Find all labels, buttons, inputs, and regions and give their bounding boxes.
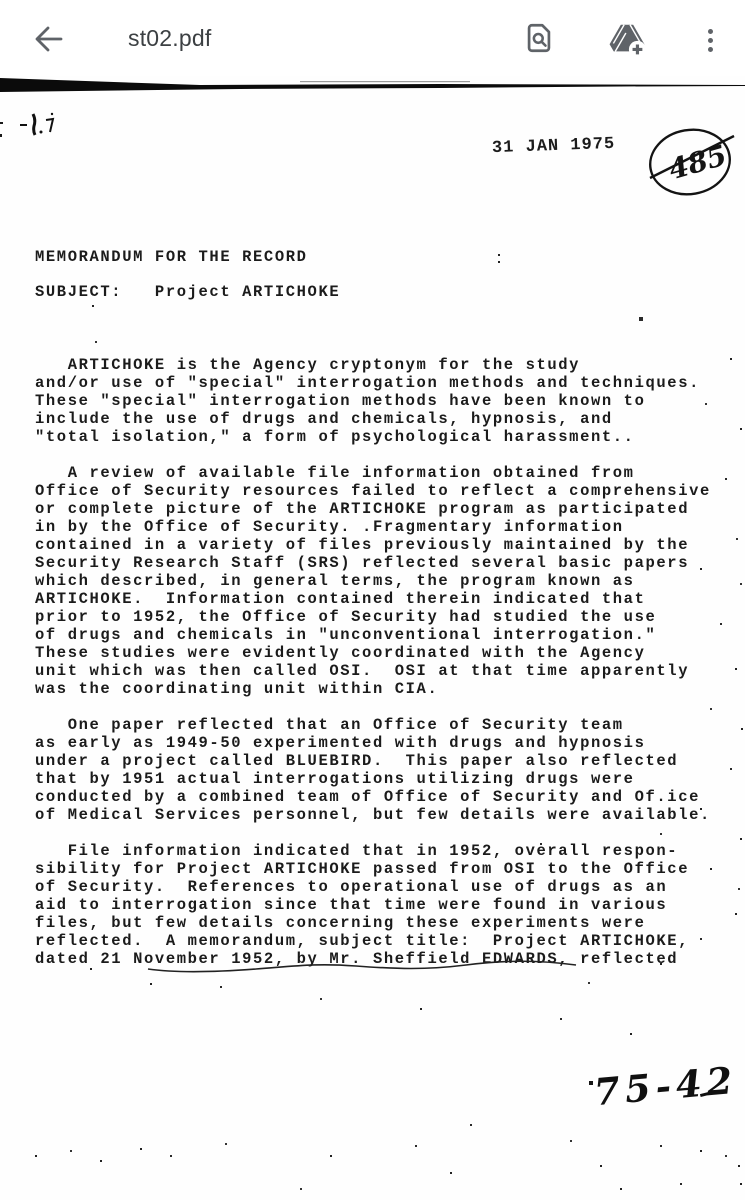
memo-heading: MEMORANDUM FOR THE RECORD: [35, 248, 308, 266]
screen: { "app": { "title": "st02.pdf", "icons":…: [0, 0, 745, 1200]
kebab-menu-icon: [698, 29, 722, 52]
margin-scribble: [0, 112, 70, 146]
scan-edge-artifact: [0, 76, 745, 102]
overflow-menu-button[interactable]: [698, 26, 722, 54]
circled-handwritten-number: 485: [638, 114, 744, 208]
add-to-drive-button[interactable]: [606, 19, 648, 61]
subject-line: SUBJECT: Project ARTICHOKE: [35, 283, 340, 301]
back-button[interactable]: [30, 21, 68, 59]
date-stamp: 31 JAN 1975: [492, 135, 616, 158]
find-in-page-icon: [522, 43, 556, 58]
drive-add-icon: [608, 46, 646, 61]
handwritten-file-number: 75-42: [592, 1058, 739, 1114]
pdf-viewer-toolbar: st02.pdf: [0, 0, 745, 76]
scan-noise: [0, 76, 2, 78]
pdf-page[interactable]: 31 JAN 1975 485 MEMORANDUM FOR THE RECOR…: [0, 76, 745, 1200]
document-title: st02.pdf: [128, 25, 211, 52]
arrow-left-icon: [31, 45, 67, 60]
wavy-underline: [146, 956, 580, 978]
memo-body: ARTICHOKE is the Agency cryptonym for th…: [35, 356, 711, 968]
find-in-document-button[interactable]: [521, 21, 557, 57]
